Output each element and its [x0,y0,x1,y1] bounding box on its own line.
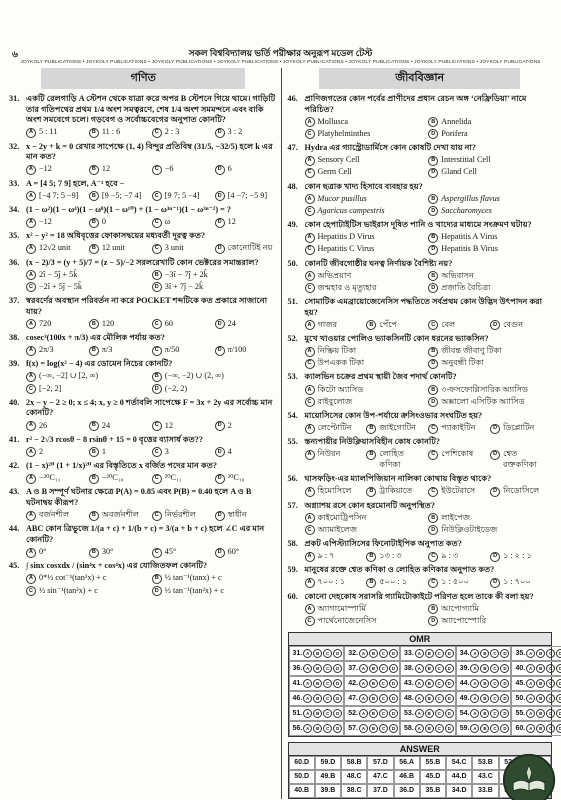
option-D: Dঅ্যাপোস্পোরি [428,616,552,627]
option-text: −²⁰C₁₀ [102,473,124,484]
omr-cell-47: 47.ABCD [344,691,400,706]
option-letter-circle-icon: D [215,191,225,201]
option-text: (−2, 2) [165,384,187,395]
option-A: Aকিটো অ্যাসিড [305,385,429,396]
option-text: Sensory Cell [318,155,360,166]
option-D: Dনিডোসিলে [490,486,552,497]
question-body: (1 − x)²⁰ (1 + 1/x)²⁰ এর বিস্তৃতিতে x বর… [26,461,278,484]
option-row: A−12B0CωD12 [26,216,278,228]
answer-cell-47: 47.C [367,770,393,784]
option-text: 45° [165,547,176,558]
omr-bubble-C: C [546,679,555,688]
option-letter-circle-icon: B [89,548,99,558]
omr-bubble-C: C [546,724,555,733]
option-letter-circle-icon: C [152,421,162,431]
option-A: Aঅ্যাগামোস্পার্মি [305,604,429,615]
omr-cell-49: 49.ABCD [456,691,512,706]
option-letter-circle-icon: A [26,548,36,558]
option-letter-circle-icon: C [428,450,438,460]
omr-cell-number: 59. [460,725,470,732]
option-letter-circle-icon: A [305,604,315,614]
option-letter-circle-icon: B [366,578,376,588]
option-letter-circle-icon: A [305,271,315,281]
omr-cell-32: 32.ABCD [344,646,400,661]
option-letter-circle-icon: D [428,206,438,216]
two-column-layout: গণিত 31.একটি রেলগাড়ি A স্টেশন থেকে যাত্… [0,68,561,799]
option-B: BInterstitial Cell [428,155,552,166]
option-text: Platyhelminthes [318,129,371,140]
option-letter-circle-icon: D [215,548,225,558]
question-number: 59. [288,565,305,588]
question-48: 48.কোন ছত্রাক খাদ্য হিসাবে ব্যবহার হয়?A… [288,182,553,217]
option-text: ½ tan⁻¹(tan²x) + c [165,586,224,597]
question-body: x − 2y + k = 0 রেখার সাপেক্ষে (1, 4) বিন… [26,142,278,175]
option-text: 720 [39,319,51,330]
option-letter-circle-icon: C [428,424,438,434]
option-text: পেঁপে [379,320,397,331]
omr-bubble-C: C [323,664,332,673]
option-row: Aকাইমোট্রিপসিনBলাইপেজCঅ্যামাইলেজDনিউক্লি… [305,511,553,535]
question-number: 31. [9,94,26,138]
omr-bubble-D: D [389,694,398,703]
omr-bubble-A: A [303,709,312,718]
option-D: D6 [215,164,278,175]
question-51: 51.সোমাটিক এমব্রায়োজেনেসিস পদ্ধতিতে সর্… [288,297,553,330]
question-body: কোন ছত্রাক খাদ্য হিসাবে ব্যবহার হয়?AMuc… [305,182,553,217]
option-letter-circle-icon: D [490,578,500,588]
option-letter-circle-icon: C [305,283,315,293]
question-number: 33. [9,179,26,202]
option-text: লেপ্টোটিন [318,423,352,434]
option-A: A5 : 11 [26,127,89,138]
answer-cell-48: 48.C [341,770,367,784]
option-row: AMucor pusillusBAspergillus flavusCAgari… [305,192,553,216]
option-text: পেশিকোষ [441,449,473,460]
option-letter-circle-icon: C [152,191,162,201]
question-body: (1 − ω²)(1 − ω⁴)(1 − ω⁸)(1 − ω¹⁰) + (1 −… [26,205,278,228]
omr-cell-number: 60. [515,725,525,732]
option-letter-circle-icon: B [428,156,438,166]
option-letter-circle-icon: A [26,574,36,584]
option-D: D১ : ৭০০ [490,577,552,588]
option-C: CAgaricus campestris [305,206,429,217]
option-letter-circle-icon: B [152,270,162,280]
omr-bubble-B: B [369,724,378,733]
option-letter-circle-icon: C [152,128,162,138]
omr-bubble-B: B [369,694,378,703]
omr-bubble-C: C [435,709,444,718]
option-row: Aকিটো অ্যাসিডB৩-ফসফোগ্লিসারিক অ্যাসিডCরা… [305,383,553,407]
question-number: 57. [288,501,305,536]
omr-bubble-A: A [359,694,368,703]
question-54: 54.মায়োসিসের কোন উপ-পর্যায়ে ক্রসিংওভার… [288,411,553,434]
answer-cell-53: 53.B [472,756,498,770]
question-40: 40.2x − y − 2 ≥ 0; x ≤ 4; x, y ≥ 0 শর্তা… [9,398,278,431]
option-D: DPorifera [428,129,552,140]
option-text: −3î − 7ĵ + 2k̂ [165,270,208,281]
option-letter-circle-icon: B [152,372,162,382]
option-B: BHepatitis A Virus [428,232,552,243]
option-letter-circle-icon: A [26,165,36,175]
option-letter-circle-icon: C [428,320,438,330]
question-59: 59.মানুষের রক্তে শ্বেত কণিকা ও লোহিত কণি… [288,565,553,588]
option-text: অক্সালো এসিটিক অ্যাসিড [441,397,524,408]
omr-bubble-D: D [333,679,342,688]
option-letter-circle-icon: D [428,359,438,369]
option-C: C60 [152,319,215,330]
omr-cell-34: 34.ABCD [456,646,512,661]
question-number: 53. [288,372,305,407]
omr-bubble-D: D [500,709,509,718]
question-body: প্রকট এপিস্ট্যাসিসের ফিনোটাইপিক অনুপাত ক… [305,539,553,562]
option-letter-circle-icon: C [305,206,315,216]
omr-bubble-B: B [480,664,489,673]
answer-cell-43: 43.C [472,770,498,784]
omr-bubble-C: C [490,664,499,673]
omr-cell-number: 47. [348,695,358,702]
option-text: Gland Cell [441,167,477,178]
question-49: 49.কোন হেপাটাইটিস ভাইরাস দূষিত পানি ও খা… [288,220,553,255]
option-letter-circle-icon: B [428,233,438,243]
omr-cell-44: 44.ABCD [456,676,512,691]
omr-cell-number: 57. [348,725,358,732]
option-letter-circle-icon: D [152,586,162,596]
omr-cell-number: 45. [515,680,525,687]
omr-bubble-A: A [359,664,368,673]
omr-cell-60: 60.ABCD [511,721,561,736]
option-letter-circle-icon: D [428,283,438,293]
question-number: 54. [288,411,305,434]
option-A: Aহিমোসিলে [305,486,367,497]
omr-bubble-C: C [546,664,555,673]
option-C: Cজন্মহার ও মৃত্যুহার [305,283,429,294]
option-letter-circle-icon: A [26,128,36,138]
omr-bubble-A: A [526,694,535,703]
omr-cell-36: 36.ABCD [289,661,345,676]
answer-cell-56: 56.A [394,756,420,770]
option-A: A−12 [26,164,89,175]
omr-bubble-D: D [500,679,509,688]
omr-bubble-D: D [333,649,342,658]
omr-bubble-D: D [445,709,454,718]
option-text: −²⁰C₁₁ [39,473,61,484]
option-letter-circle-icon: A [305,552,315,562]
omr-bubble-A: A [359,679,368,688]
option-letter-circle-icon: A [26,244,36,254]
option-letter-circle-icon: C [26,282,36,292]
answer-cell-59: 59.D [315,756,341,770]
question-text: কোনো দেহকোষ সরাসরি গ্যামিটোকাইটে পরিণত হ… [305,592,553,603]
omr-bubble-B: B [313,679,322,688]
omr-bubble-A: A [303,694,312,703]
option-text: Agaricus campestris [318,206,385,217]
option-text: অ্যামাইলেজ [318,525,358,536]
option-letter-circle-icon: C [305,168,315,178]
option-A: A0° [26,547,89,558]
omr-bubble-D: D [500,694,509,703]
question-number: 58. [288,539,305,562]
option-letter-circle-icon: A [26,511,36,521]
omr-bubble-C: C [546,649,555,658]
omr-cell-54: 54.ABCD [456,706,512,721]
option-C: Cপ্যাকাইটিন [428,423,490,434]
section-header-math: গণিত [41,68,245,89]
option-D: D2 [215,421,278,432]
option-A: A2î − 5ĵ + 5k̂ [26,270,152,281]
option-B: B½ tan⁻¹(tanx) + c [152,573,278,584]
option-letter-circle-icon: B [366,450,376,460]
omr-cell-number: 44. [460,680,470,687]
option-B: B1 [89,447,152,458]
question-number: 37. [9,296,26,329]
option-letter-circle-icon: A [305,450,315,460]
option-row: A[−4 7; 5 −9]B[9 −5; −7 4]C[9 7; 5 −4]D[… [26,189,278,201]
omr-bubble-D: D [500,664,509,673]
option-letter-circle-icon: A [26,447,36,457]
option-text: Porifera [441,129,467,140]
option-text: ²⁰C₁₀ [228,473,245,484]
option-D: Dবেগুন [490,320,552,331]
omr-bubble-C: C [435,649,444,658]
option-A: AMollusca [305,117,429,128]
omr-bubble-C: C [490,679,499,688]
option-B: Bপেঁপে [366,320,428,331]
biology-column: জীববিজ্ঞান 46.প্রাণিজগতের কোন পর্বের প্র… [281,68,556,799]
option-text: 12 unit [102,243,125,254]
question-text: A ও B সম্পূর্ণ ঘটনার ক্ষেত্রে P(A) = 0.8… [26,487,278,508]
option-text: 2 : 3 [165,127,180,138]
option-letter-circle-icon: B [89,191,99,201]
option-text: 26 [39,421,47,432]
option-C: Cπ/50 [152,345,215,356]
option-C: C[−2, 2] [26,384,152,395]
answer-cell-49: 49.B [315,770,341,784]
page-number: ৬ [12,47,18,62]
option-letter-circle-icon: C [305,359,315,369]
omr-cell-number: 50. [515,695,525,702]
option-letter-circle-icon: D [428,129,438,139]
option-letter-circle-icon: C [152,447,162,457]
option-letter-circle-icon: D [490,320,500,330]
question-36: 36.(x − 2)/3 = (y + 5)/7 = (z − 5)/−2 সর… [9,258,278,293]
option-letter-circle-icon: A [305,156,315,166]
omr-bubble-B: B [536,664,545,673]
question-text: সোমাটিক এমব্রায়োজেনেসিস পদ্ধতিতে সর্বপ্… [305,297,553,318]
option-A: A12√2 unit [26,243,89,254]
option-text: π/50 [165,345,180,356]
omr-bubble-C: C [490,694,499,703]
option-row: A5 : 11B11 : 6C2 : 3D3 : 2 [26,126,278,138]
option-text: ω [165,217,170,228]
omr-bubble-C: C [323,679,332,688]
omr-cell-39: 39.ABCD [456,661,512,676]
option-text: নিউরন [318,449,341,460]
option-text: কিটো অ্যাসিড [318,385,364,396]
answer-cell-34: 34.D [446,784,472,798]
option-row: AহিমোসিলেBট্রাকিয়াতেCইউটেরাসেDনিডোসিলে [305,485,553,497]
option-text: Interstitial Cell [441,155,490,166]
option-text: [9 7; 5 −4] [165,191,200,202]
option-text: নির্ভরশীল [165,510,196,521]
option-letter-circle-icon: B [152,574,162,584]
question-text: (x − 2)/3 = (y + 5)/7 = (z − 5)/−2 সরলরে… [26,258,278,269]
answer-cell-45: 45.D [420,770,446,784]
omr-bubble-A: A [526,724,535,733]
option-letter-circle-icon: A [26,191,36,201]
option-row: AHepatitis D VirusBHepatitis A VirusCHep… [305,231,553,255]
omr-bubble-B: B [425,724,434,733]
option-letter-circle-icon: B [366,320,376,330]
omr-bubble-A: A [470,724,479,733]
option-letter-circle-icon: C [305,245,315,255]
answer-cell-50: 50.D [289,770,315,784]
omr-cell-number: 53. [404,710,414,717]
option-letter-circle-icon: C [152,511,162,521]
question-text: ক্যালভিন চক্রের প্রথম স্থায়ী জৈব পদার্থ… [305,372,553,383]
omr-bubble-A: A [303,724,312,733]
option-text: 2 [39,447,43,458]
option-C: Cউপএকক টিকা [305,358,429,369]
omr-cell-number: 48. [404,695,414,702]
question-body: cosec³(100x + π/3) এর মৌলিক পর্যায় কত?A… [26,333,278,356]
option-letter-circle-icon: A [305,233,315,243]
omr-bubble-C: C [490,709,499,718]
option-row: A৯ : ৭B১৩ : ৩C৯ : ৩D১ : ২ : ১ [305,550,553,562]
question-number: 39. [9,359,26,394]
option-text: 3 : 2 [228,127,243,138]
option-letter-circle-icon: A [26,319,36,329]
option-text: 12 [102,164,110,175]
omr-bubble-B: B [313,694,322,703]
question-57: 57.অগ্ন্যাশয় রসে কোন হরমোনটি অনুপস্থিত?… [288,501,553,536]
omr-cell-number: 41. [293,680,303,687]
omr-bubble-B: B [425,649,434,658]
question-body: r² − 2√3 rcosθ − 8 rsinθ + 15 = 0 বৃত্তে… [26,435,278,458]
omr-bubble-A: A [526,664,535,673]
option-A: A2 [26,447,89,458]
option-C: C45° [152,547,215,558]
option-letter-circle-icon: D [428,245,438,255]
option-text: Annelida [441,117,471,128]
option-letter-circle-icon: A [305,117,315,127]
option-C: C½ sin⁻¹(tan²x) + c [26,586,152,597]
omr-bubble-C: C [323,709,332,718]
option-text: Mollusca [318,117,348,128]
omr-bubble-D: D [333,724,342,733]
option-text: ৯ : ৭ [318,551,335,562]
omr-cell-56: 56.ABCD [289,721,345,736]
question-60: 60.কোনো দেহকোষ সরাসরি গ্যামিটোকাইটে পরিণ… [288,592,553,627]
option-row: ASensory CellBInterstitial CellCGerm Cel… [305,154,553,178]
option-text: Hepatitis D Virus [318,232,375,243]
option-text: অবর্জনশীল [102,510,139,521]
option-letter-circle-icon: B [428,513,438,523]
option-text: বর্জনশীল [39,510,69,521]
option-letter-circle-icon: D [490,552,500,562]
question-body: ∫ sinx cosxdx / (sin⁴x + cos⁴x) এর যোজিত… [26,561,278,596]
option-C: CHepatitis C Virus [305,244,429,255]
option-letter-circle-icon: D [215,511,225,521]
omr-cell-58: 58.ABCD [400,721,456,736]
exam-paper-page: ৬ সকল বিশ্ববিদ্যালয় ভর্তি পরীক্ষার অনুর… [0,0,561,800]
omr-cell-31: 31.ABCD [289,646,345,661]
question-text: Hydra এর গ্যাস্ট্রোডার্মিসে কোন কোষটি দে… [305,143,553,154]
option-row: Aবর্জনশীলBঅবর্জনশীলCনির্ভরশীলDস্বাধীন [26,509,278,521]
option-letter-circle-icon: A [26,346,36,356]
option-letter-circle-icon: D [215,319,225,329]
omr-bubble-D: D [500,724,509,733]
question-body: 2x − y − 2 ≥ 0; x ≤ 4; x, y ≥ 0 শর্তাবলি… [26,398,278,431]
option-B: B0 [89,217,152,228]
option-letter-circle-icon: A [305,320,315,330]
question-number: 46. [288,94,305,140]
option-D: DGland Cell [428,167,552,178]
omr-bubble-C: C [435,724,444,733]
question-number: 40. [9,398,26,431]
option-letter-circle-icon: B [428,194,438,204]
omr-cell-41: 41.ABCD [289,676,345,691]
option-letter-circle-icon: C [305,525,315,535]
option-D: D১ : ২ : ১ [490,551,552,562]
question-body: মুখে খাওয়ার পোলিও ভ্যাকসিনটি কোন ধরনের … [305,334,553,369]
omr-bubble-D: D [500,649,509,658]
option-letter-circle-icon: B [366,424,376,434]
omr-title: OMR [289,633,552,646]
option-letter-circle-icon: B [89,244,99,254]
option-text: 3 [165,447,169,458]
omr-cell-57: 57.ABCD [344,721,400,736]
option-text: 0 [102,217,106,228]
option-letter-circle-icon: D [490,424,500,434]
option-text: 30° [102,547,113,558]
option-letter-circle-icon: D [215,346,225,356]
option-letter-circle-icon: B [89,447,99,457]
option-text: প্রজাতি বৈচিত্র্য [441,283,490,294]
option-A: ASensory Cell [305,155,429,166]
option-B: Bলোহিত কণিকা [366,449,428,470]
option-letter-circle-icon: D [215,165,225,175]
omr-bubble-A: A [303,649,312,658]
question-text: ঘাসফড়িং-এর ম্যালপিজিয়ান নালিকা কোথায় … [305,474,553,485]
omr-bubble-C: C [379,694,388,703]
omr-cell-59: 59.ABCD [456,721,512,736]
option-letter-circle-icon: B [428,271,438,281]
omr-bubble-C: C [435,679,444,688]
option-B: Bঅবর্জনশীল [89,510,152,521]
question-text: মায়োসিসের কোন উপ-পর্যায়ে ক্রসিংওভার সং… [305,411,553,422]
option-D: Dঅনুবন্ধী টিকা [428,358,552,369]
omr-box: OMR 31.ABCD32.ABCD33.ABCD34.ABCD35.ABCD3… [288,632,553,737]
option-A: AHepatitis D Virus [305,232,429,243]
omr-bubble-D: D [556,649,561,658]
question-text: r² − 2√3 rcosθ − 8 rsinθ + 15 = 0 বৃত্তে… [26,435,278,446]
omr-bubble-A: A [415,664,424,673]
omr-cell-42: 42.ABCD [344,676,400,691]
question-text: কোন হেপাটাইটিস ভাইরাস দূষিত পানি ও খাদ্য… [305,220,553,231]
question-number: 45. [9,561,26,596]
omr-bubble-C: C [379,649,388,658]
omr-bubble-D: D [389,649,398,658]
option-text: ১ : ৫০০ [441,577,469,588]
question-body: অগ্ন্যাশয় রসে কোন হরমোনটি অনুপস্থিত?Aকা… [305,501,553,536]
option-text: উপএকক টিকা [318,358,365,369]
option-B: Bট্রাকিয়াতে [366,486,428,497]
question-number: 32. [9,142,26,175]
option-letter-circle-icon: C [305,397,315,407]
option-text: Hepatitis A Virus [441,232,497,243]
omr-bubble-B: B [480,694,489,703]
question-55: 55.স্তন্যপায়ীর নিউক্লিয়াসবিহীন কোষ কোন… [288,437,553,470]
